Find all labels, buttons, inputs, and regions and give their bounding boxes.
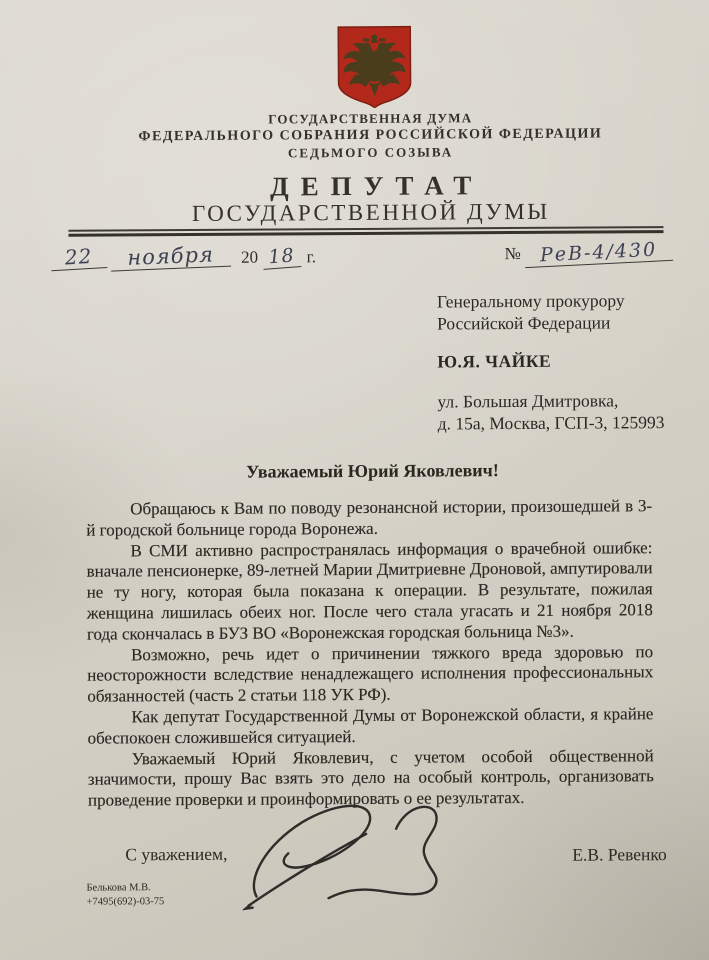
body-paragraph: Обращаюсь к Вам по поводу резонансной ис…	[86, 496, 652, 541]
recipient-address-line2: д. 15а, Москва, ГСП-3, 125993	[438, 411, 665, 434]
org-name-line3: СЕДЬМОГО СОЗЫВА	[34, 142, 707, 163]
recipient-address-line1: ул. Большая Дмитровка,	[437, 389, 664, 412]
double-rule-divider	[68, 226, 663, 237]
letter-body: Обращаюсь к Вам по поводу резонансной ис…	[86, 496, 654, 811]
document-number-line: № РеВ-4/430	[505, 241, 674, 265]
date-year-handwritten: 18	[262, 244, 302, 270]
executor-contact: Белькова М.В. +7495(692)-03-75	[86, 881, 164, 909]
body-paragraph: В СМИ активно распространялась информаци…	[86, 538, 653, 645]
recipient-line1: Генеральному прокурору	[437, 289, 664, 312]
letter-photo: ГОСУДАРСТВЕННАЯ ДУМА ФЕДЕРАЛЬНОГО СОБРАН…	[0, 0, 709, 960]
post-subtitle: ГОСУДАРСТВЕННОЙ ДУМЫ	[34, 198, 707, 227]
recipient-block: Генеральному прокурору Российской Федера…	[437, 289, 665, 434]
body-paragraph: Как депутат Государственной Думы от Воро…	[87, 704, 653, 749]
letter-sheet: ГОСУДАРСТВЕННАЯ ДУМА ФЕДЕРАЛЬНОГО СОБРАН…	[0, 0, 709, 960]
date-line: 22 ноября 20 18 г.	[51, 243, 316, 270]
date-month-handwritten: ноября	[110, 242, 231, 272]
handwritten-signature	[242, 797, 508, 913]
post-title: ДЕПУТАТ	[34, 170, 707, 202]
recipient-name: Ю.Я. ЧАЙКЕ	[437, 349, 664, 372]
date-day-handwritten: 22	[50, 243, 107, 271]
signer-name: Е.В. Ревенко	[572, 844, 667, 866]
recipient-line2: Российской Федерации	[437, 311, 664, 334]
letterhead: ГОСУДАРСТВЕННАЯ ДУМА ФЕДЕРАЛЬНОГО СОБРАН…	[34, 108, 708, 227]
executor-name: Белькова М.В.	[86, 881, 164, 895]
date-year-prefix: 20	[241, 248, 258, 267]
russia-coat-of-arms-icon	[335, 24, 414, 108]
body-paragraph: Возможно, речь идет о причинении тяжкого…	[87, 642, 653, 708]
number-label: №	[505, 244, 521, 263]
document-number-handwritten: РеВ-4/430	[525, 238, 674, 268]
date-year-suffix: г.	[307, 247, 316, 266]
executor-phone: +7495(692)-03-75	[87, 895, 165, 909]
salutation: Уважаемый Юрий Яковлевич!	[36, 459, 709, 484]
closing-phrase: С уважением,	[125, 844, 227, 866]
